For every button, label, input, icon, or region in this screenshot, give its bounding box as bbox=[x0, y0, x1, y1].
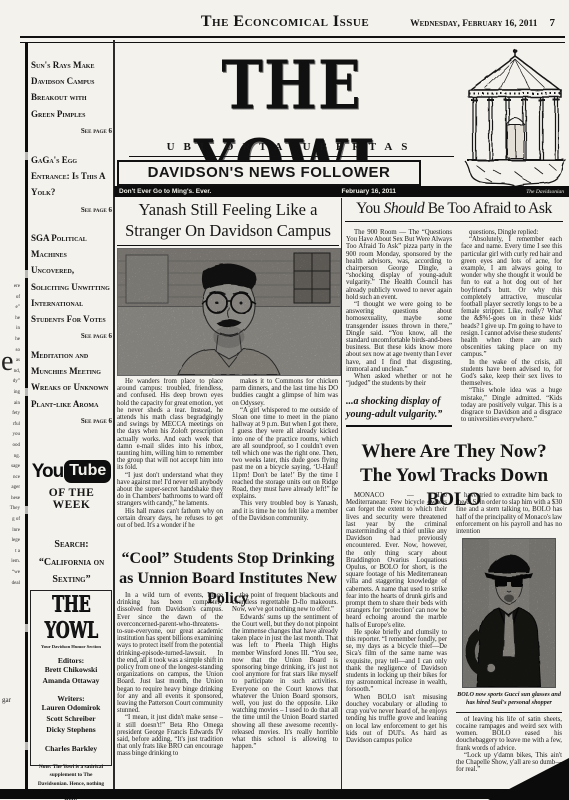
dateline-center: February 16, 2011 bbox=[341, 188, 396, 195]
search-teaser: Search: “California on Sexting” bbox=[30, 536, 113, 589]
newspaper-page: The Econcomical Issue Wednesday, Februar… bbox=[0, 0, 569, 800]
article-column: questions, Dingle replied:“Absolutely, I… bbox=[461, 229, 562, 433]
afraid-to-ask-headline: You Should Be Too Afraid to Ask bbox=[345, 200, 563, 222]
scan-edge-bar bbox=[0, 789, 569, 799]
date-line: Wednesday, February 16, 20117 bbox=[410, 17, 555, 29]
dateline-right: The Davidsonian bbox=[526, 189, 564, 195]
headline-text: You bbox=[356, 200, 383, 217]
masthead: THE YOWL UBI ORTA UBERTAS DAVIDSON'S NEW… bbox=[117, 44, 567, 186]
editors-list: Brett ChikowskiAmanda Ottaway bbox=[34, 665, 108, 687]
headline-line: Where Are They Now? bbox=[344, 440, 564, 464]
afraid-to-ask-body: The 900 Room — The “Questions You Have A… bbox=[346, 229, 562, 433]
caption-rule bbox=[456, 712, 562, 713]
teaser-sga-machines: SGA Political Machines Uncovered, Solici… bbox=[31, 230, 112, 340]
page-bleed-text: ereofe”heinhesoasnd,dy”ingainfetyrfulyou… bbox=[0, 282, 20, 589]
dateline-bar: Don't Ever Go to Ming's. Ever. February … bbox=[114, 186, 569, 197]
article-column: He wanders from place to place around ca… bbox=[117, 378, 223, 546]
page-fold-line bbox=[25, 42, 28, 792]
article-column: the point of frequent blackouts and coun… bbox=[232, 592, 338, 788]
special-writer: Charles Barkley bbox=[34, 744, 108, 753]
teaser-meditation-munchies: Meditation and Munchies Meeting Wreaks o… bbox=[31, 347, 112, 425]
gazebo-illustration bbox=[463, 48, 569, 188]
staff-box: THE YOWL Your Davidson Humor Section Edi… bbox=[30, 590, 112, 766]
issue-title: The Econcomical Issue bbox=[150, 13, 420, 31]
masthead-tagline: DAVIDSON'S NEWS FOLLOWER bbox=[117, 160, 421, 186]
header-rule bbox=[20, 36, 565, 43]
writers-label: Writers: bbox=[34, 694, 108, 703]
column-divider-rule bbox=[341, 198, 342, 790]
yanash-body: He wanders from place to place around ca… bbox=[117, 378, 339, 546]
article-column: have tried to extradite him back to the … bbox=[456, 492, 562, 800]
see-page-ref: See page 6 bbox=[31, 206, 112, 214]
column-text: The 900 Room — The “Questions You Have A… bbox=[346, 229, 452, 390]
see-page-ref: See page 6 bbox=[31, 417, 112, 425]
teaser-title: Sun's Rays Make Davidson Campus Breakout… bbox=[31, 57, 112, 122]
article-column: makes it to Commons for chicken parm din… bbox=[232, 378, 338, 546]
dateline-left: Don't Ever Go to Ming's. Ever. bbox=[119, 188, 211, 195]
headline-italic: Should bbox=[384, 200, 425, 217]
page-bleed-letter: e bbox=[1, 346, 13, 378]
article-column: In a wild turn of events, binge drinking… bbox=[117, 592, 223, 788]
editors-label: Editors: bbox=[34, 656, 108, 665]
staff-box-subtitle: Your Davidson Humor Section bbox=[34, 644, 108, 649]
youtube-logo-icon: You Tube bbox=[30, 460, 113, 483]
youtube-logo-tube: Tube bbox=[64, 460, 111, 483]
teaser-title: Meditation and Munchies Meeting Wreaks o… bbox=[31, 347, 112, 412]
article-column: The 900 Room — The “Questions You Have A… bbox=[346, 229, 452, 433]
youtube-logo-you: You bbox=[32, 461, 63, 483]
cool-students-body: In a wild turn of events, binge drinking… bbox=[117, 592, 339, 788]
teaser-title: SGA Political Machines Uncovered, Solici… bbox=[31, 230, 112, 327]
teaser-suns-rays: Sun's Rays Make Davidson Campus Breakout… bbox=[31, 57, 112, 135]
page-number: 7 bbox=[550, 17, 556, 29]
pull-quote: ...a shocking display of young-adult vul… bbox=[346, 393, 452, 427]
see-page-ref: See page 6 bbox=[31, 127, 112, 135]
yanash-portrait-sketch bbox=[117, 248, 341, 376]
see-page-ref: See page 6 bbox=[31, 332, 112, 340]
staff-box-title: THE YOWL bbox=[36, 592, 106, 644]
page-bleed-fragment: gar bbox=[2, 696, 11, 704]
masthead-motto: UBI ORTA UBERTAS bbox=[129, 141, 454, 157]
bolo-body: MONACO — The Mediterranean: Few bicycle … bbox=[346, 492, 562, 800]
sidebar-divider-rule bbox=[113, 40, 115, 792]
youtube-of-the-week: You Tube OF THE WEEK bbox=[30, 460, 113, 511]
article-column: MONACO — The Mediterranean: Few bicycle … bbox=[346, 492, 447, 790]
teaser-gaga-egg: GaGa's Egg Entrance: Is This A Yolk? See… bbox=[31, 152, 112, 214]
headline-text: Be Too Afraid to Ask bbox=[424, 200, 552, 217]
bolo-photo bbox=[462, 538, 556, 688]
date-text: Wednesday, February 16, 2011 bbox=[410, 19, 537, 29]
column-text: have tried to extradite him back to the … bbox=[456, 492, 562, 536]
youtube-caption: OF THE WEEK bbox=[30, 487, 113, 511]
yanash-headline: Yanash Still Feeling Like a Stranger On … bbox=[117, 199, 339, 246]
bolo-photo-caption: BOLO now sports Gucci sun glasses and ha… bbox=[456, 691, 562, 708]
teaser-title: GaGa's Egg Entrance: Is This A Yolk? bbox=[31, 152, 112, 201]
writers-list: Lauren OdomirokScott SchreiberDicky Step… bbox=[34, 703, 108, 736]
